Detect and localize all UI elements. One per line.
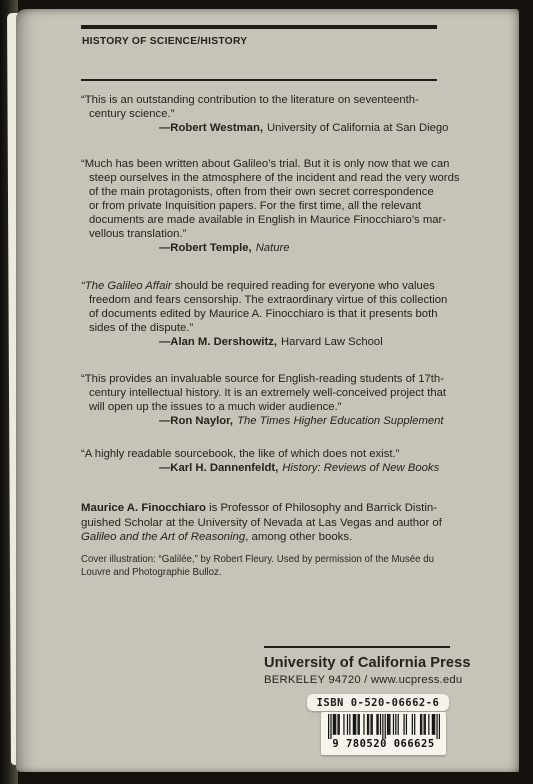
back-cover: HISTORY OF SCIENCE/HISTORY “This is an o… xyxy=(16,9,519,772)
isbn-label-box: ISBN 0-520-06662-6 xyxy=(307,694,449,711)
quote-line: century science.” xyxy=(81,107,487,121)
publisher-block: University of California Press BERKELEY … xyxy=(264,646,450,686)
barcode-bars xyxy=(328,714,440,739)
top-rule xyxy=(81,25,437,29)
review-quote-1: “This is an outstanding contribution to … xyxy=(81,93,487,135)
review-quote-5: “A highly readable sourcebook, the like … xyxy=(81,447,487,475)
quote-line: vellous translation.” xyxy=(81,227,487,241)
quote-line-rest: should be required reading for everyone … xyxy=(172,280,435,292)
reviewer-name: —Ron Naylor, xyxy=(159,415,233,427)
author-name: Maurice A. Finocchiaro xyxy=(81,502,206,514)
publisher-address: BERKELEY 94720 / www.ucpress.edu xyxy=(264,674,450,686)
reviewer-name: —Alan M. Dershowitz, xyxy=(159,336,277,348)
reviewer-name: —Robert Westman, xyxy=(159,122,263,134)
quote-line: freedom and fears censorship. The extrao… xyxy=(81,293,487,307)
note-line: Louvre and Photographie Bulloz. xyxy=(81,567,481,580)
reviewer-affiliation: Harvard Law School xyxy=(281,336,383,348)
review-quote-4: “This provides an invaluable source for … xyxy=(81,372,487,428)
quote-attribution: —Alan M. Dershowitz,Harvard Law School xyxy=(159,335,487,349)
quote-line: of the main protagonists, often from the… xyxy=(81,185,487,199)
bio-line: Galileo and the Art of Reasoning, among … xyxy=(81,530,491,545)
quote-line: or from private Inquisition papers. For … xyxy=(81,199,487,213)
publisher-rule xyxy=(264,646,450,648)
bio-text: is Professor of Philosophy and Barrick D… xyxy=(206,502,437,514)
quote-line: of documents edited by Maurice A. Finocc… xyxy=(81,307,487,321)
note-line: Cover illustration: “Galilée,” by Robert… xyxy=(81,554,481,567)
reviewer-affiliation: History: Reviews of New Books xyxy=(282,462,439,474)
publisher-name: University of California Press xyxy=(264,655,450,671)
quote-attribution: —Robert Westman,University of California… xyxy=(159,121,487,135)
category-label: HISTORY OF SCIENCE/HISTORY xyxy=(82,36,247,47)
quote-attribution: —Karl H. Dannenfeldt,History: Reviews of… xyxy=(159,461,487,475)
book-title-inline: “The Galileo Affair xyxy=(81,280,172,292)
quote-attribution: —Robert Temple,Nature xyxy=(159,241,487,255)
quote-line: “The Galileo Affair should be required r… xyxy=(81,279,487,293)
bio-line: Maurice A. Finocchiaro is Professor of P… xyxy=(81,501,491,516)
quote-line: “A highly readable sourcebook, the like … xyxy=(81,447,487,461)
quote-attribution: —Ron Naylor,The Times Higher Education S… xyxy=(159,414,487,428)
reviewer-name: —Karl H. Dannenfeldt, xyxy=(159,462,278,474)
review-quote-3: “The Galileo Affair should be required r… xyxy=(81,279,487,349)
bio-line: guished Scholar at the University of Nev… xyxy=(81,516,491,531)
cover-illustration-note: Cover illustration: “Galilée,” by Robert… xyxy=(81,554,481,579)
author-bio: Maurice A. Finocchiaro is Professor of P… xyxy=(81,501,491,545)
quote-line: “This is an outstanding contribution to … xyxy=(81,93,487,107)
quote-line: documents are made available in English … xyxy=(81,213,487,227)
reviewer-name: —Robert Temple, xyxy=(159,242,252,254)
review-quote-2: “Much has been written about Galileo’s t… xyxy=(81,157,487,255)
isbn-number: ISBN 0-520-06662-6 xyxy=(317,697,440,709)
reviewer-affiliation: The Times Higher Education Supplement xyxy=(237,415,444,427)
section-rule xyxy=(81,79,437,81)
quote-line: century intellectual history. It is an e… xyxy=(81,386,487,400)
reviewer-affiliation: Nature xyxy=(256,242,290,254)
quote-line: sides of the dispute.” xyxy=(81,321,487,335)
quote-line: “Much has been written about Galileo’s t… xyxy=(81,157,487,171)
quote-line: steep ourselves in the atmosphere of the… xyxy=(81,171,487,185)
barcode-label: 9 780520 066625 xyxy=(321,712,446,755)
quote-line: will open up the issues to a much wider … xyxy=(81,400,487,414)
quote-line: “This provides an invaluable source for … xyxy=(81,372,487,386)
reviewer-affiliation: University of California at San Diego xyxy=(267,122,448,134)
barcode-digits: 9 780520 066625 xyxy=(325,738,442,750)
book-title-inline: Galileo and the Art of Reasoning xyxy=(81,531,245,543)
bio-text: , among other books. xyxy=(245,531,352,543)
